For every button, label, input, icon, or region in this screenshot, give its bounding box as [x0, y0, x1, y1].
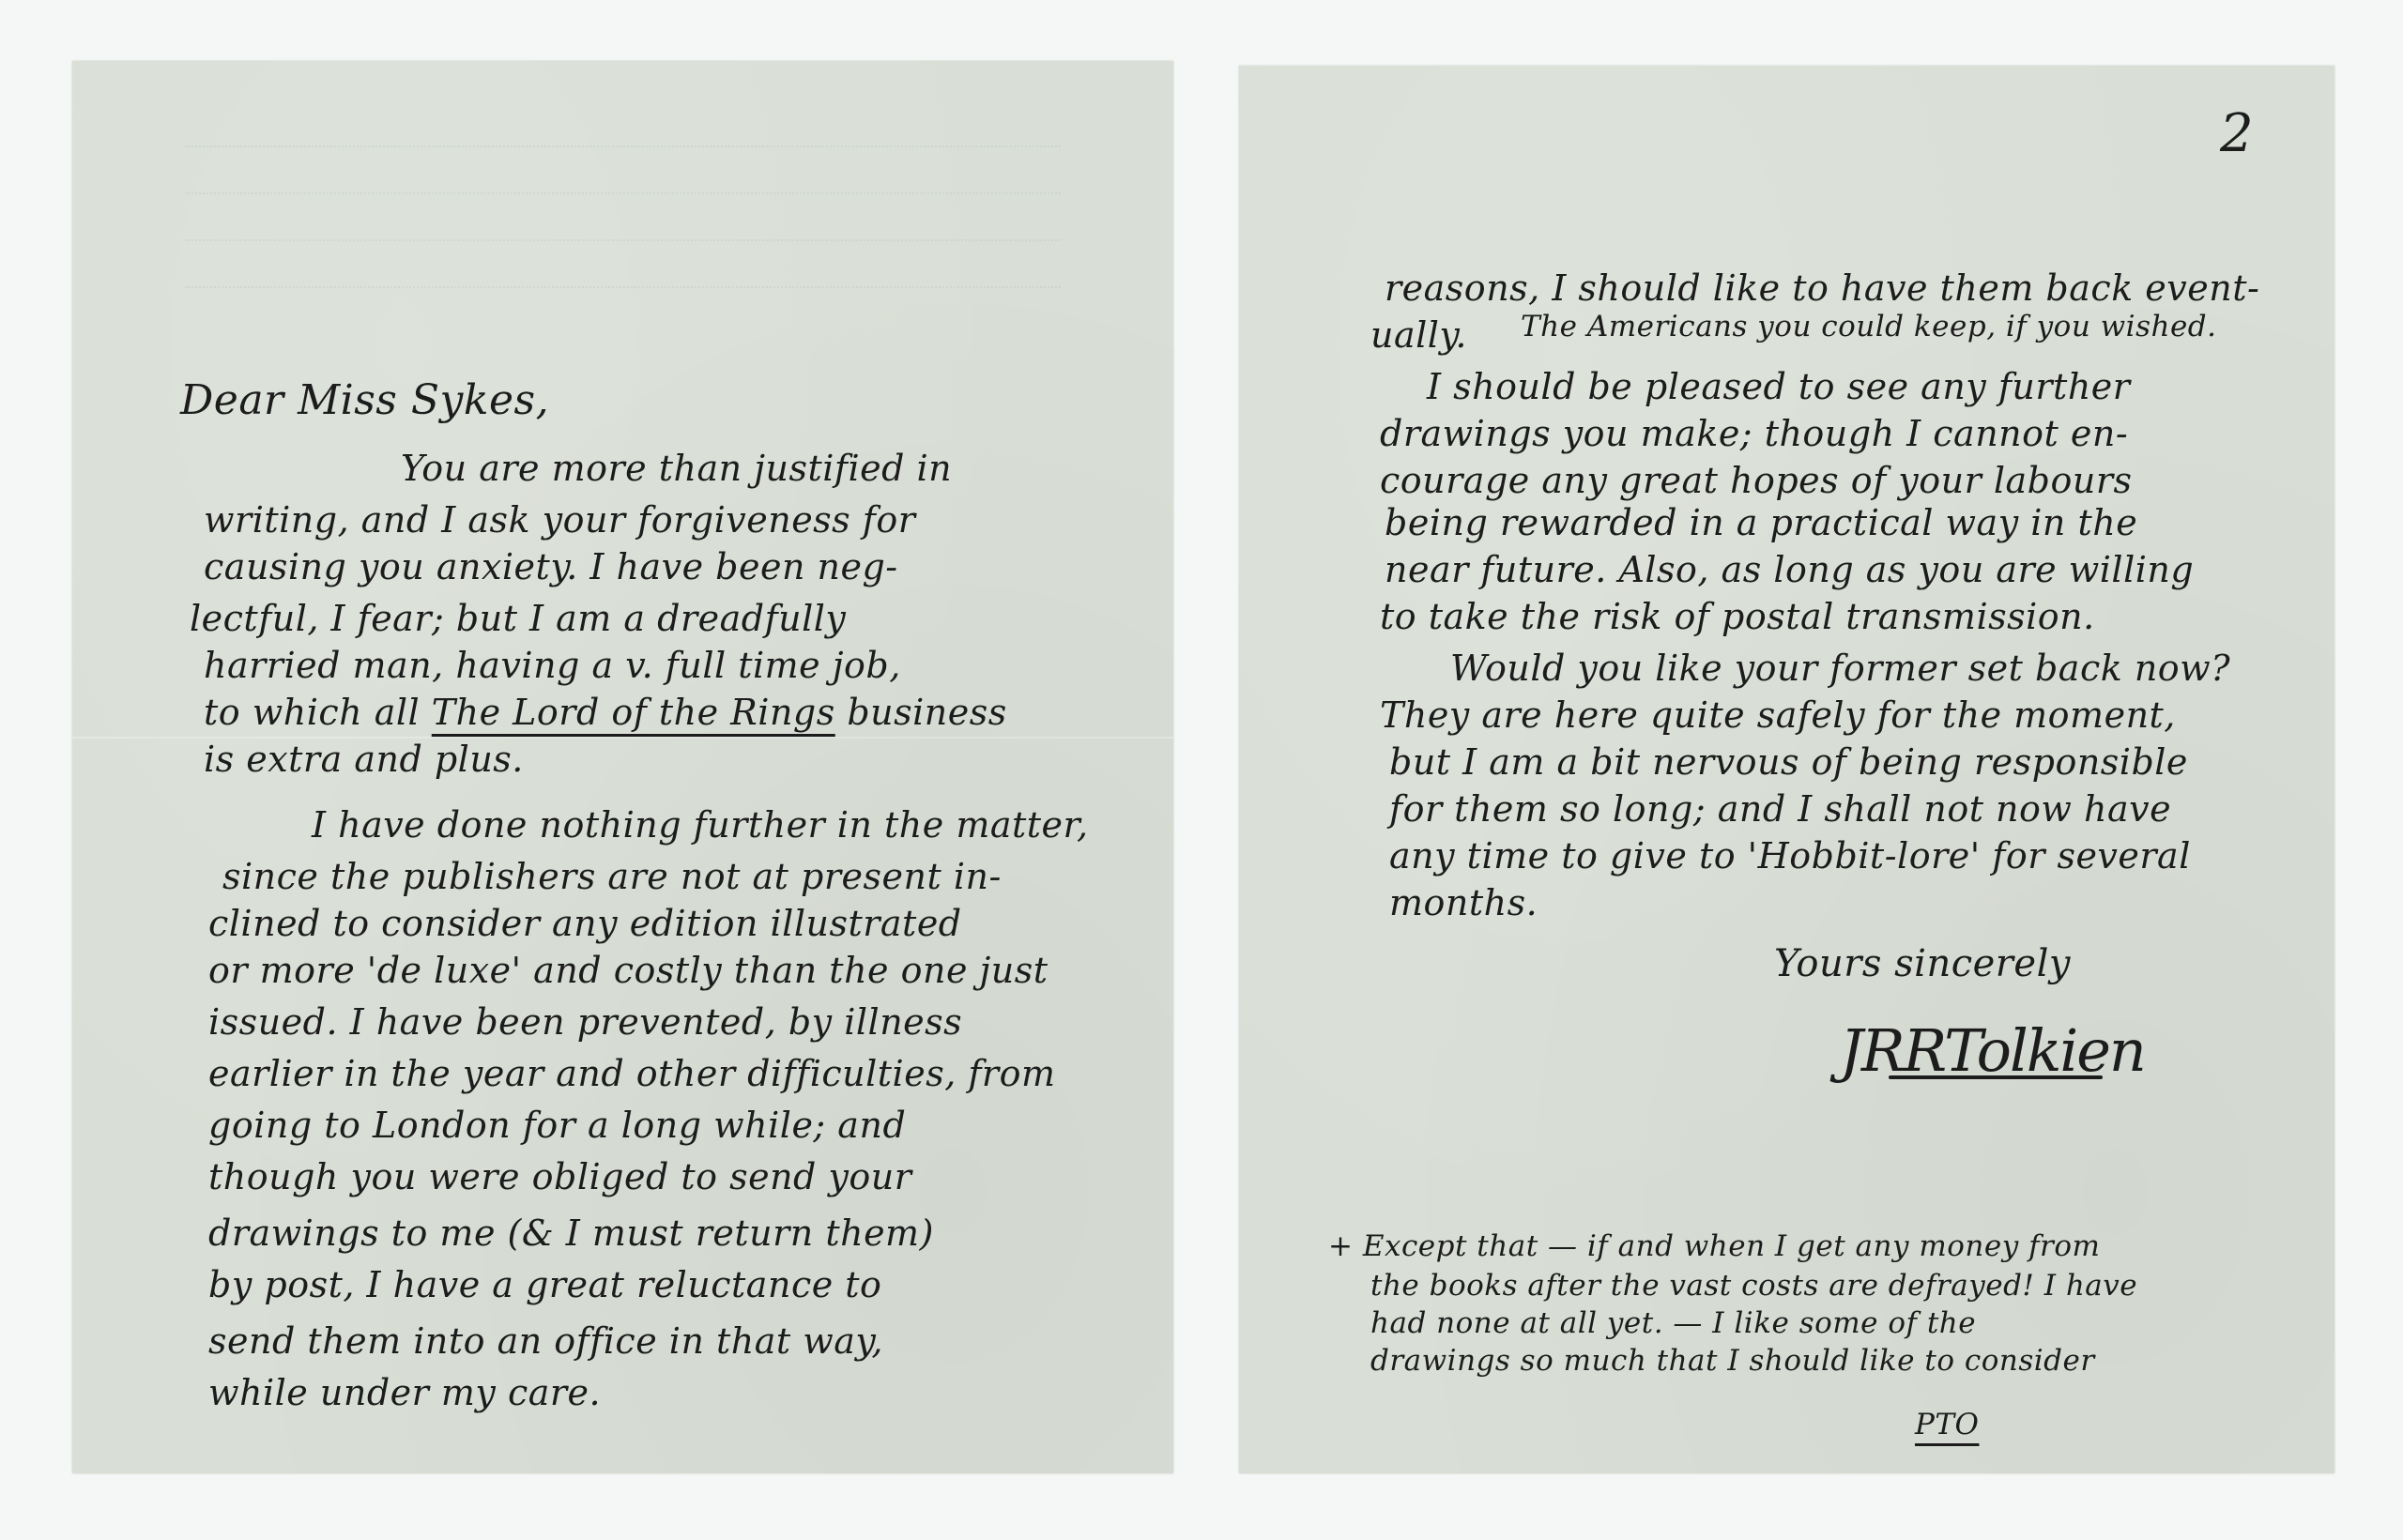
letter-line: drawings to me (& I must return them): [208, 1212, 934, 1254]
letter-page-1: Dear Miss Sykes, You are more than justi…: [72, 61, 1173, 1473]
letter-line: is extra and plus.: [204, 739, 524, 780]
letter-line: reasons, I should like to have them back…: [1385, 267, 2259, 309]
letter-line: lectful, I fear; but I am a dreadfully: [190, 598, 846, 639]
footnote-line: had none at all yet. — I like some of th…: [1370, 1306, 1976, 1340]
signature-underline: [1889, 1075, 2103, 1079]
letter-line: I have done nothing further in the matte…: [312, 804, 1089, 846]
show-through-text: [185, 192, 1061, 211]
letter-line: You are more than justified in: [401, 448, 952, 489]
letter-line: earlier in the year and other difficulti…: [208, 1053, 1056, 1094]
letter-line: send them into an office in that way,: [208, 1320, 883, 1362]
letter-line: writing, and I ask your forgiveness for: [204, 499, 915, 541]
letter-line: harried man, having a v. full time job,: [204, 645, 901, 686]
letter-line: ually.: [1370, 314, 1467, 356]
letter-line: I should be pleased to see any further: [1427, 366, 2130, 407]
please-turn-over: PTO: [1915, 1408, 1979, 1441]
letter-line: near future. Also, as long as you are wi…: [1385, 549, 2194, 590]
letter-text: business: [847, 692, 1006, 733]
letter-line: though you were obliged to send your: [208, 1156, 911, 1197]
footnote-line: drawings so much that I should like to c…: [1370, 1344, 2095, 1378]
letter-line: being rewarded in a practical way in the: [1385, 502, 2137, 543]
letter-line: clined to consider any edition illustrat…: [208, 903, 962, 944]
signature: JRRTolkien: [1840, 1018, 2145, 1084]
letter-line: drawings you make; though I cannot en-: [1380, 413, 2128, 454]
letter-page-2: 2 reasons, I should like to have them ba…: [1239, 66, 2334, 1473]
letter-line: while under my care.: [208, 1372, 601, 1413]
show-through-text: [185, 145, 1061, 164]
closing: Yours sincerely: [1774, 943, 2071, 984]
letter-line: causing you anxiety. I have been neg-: [204, 546, 898, 587]
letter-line: going to London for a long while; and: [208, 1105, 906, 1146]
letter-line-inserted: The Americans you could keep, if you wis…: [1521, 310, 2217, 343]
letter-line: months.: [1389, 882, 1538, 923]
letter-line: since the publishers are not at present …: [222, 856, 1002, 897]
letter-line: for them so long; and I shall not now ha…: [1389, 788, 2171, 830]
letter-line: Would you like your former set back now?: [1450, 648, 2230, 689]
letter-line: or more 'de luxe' and costly than the on…: [208, 950, 1048, 991]
letter-line: by post, I have a great reluctance to: [208, 1264, 881, 1305]
letter-text: to which all: [204, 692, 420, 733]
letter-line: but I am a bit nervous of being responsi…: [1389, 741, 2188, 783]
page-number: 2: [2220, 103, 2254, 164]
letter-line: issued. I have been prevented, by illnes…: [208, 1001, 962, 1043]
salutation: Dear Miss Sykes,: [180, 380, 549, 421]
show-through-text: [185, 239, 1061, 258]
letter-line: to take the risk of postal transmission.: [1380, 596, 2095, 637]
letter-line: any time to give to 'Hobbit-lore' for se…: [1389, 835, 2191, 877]
letter-line: courage any great hopes of your labours: [1380, 460, 2133, 501]
letter-line: They are here quite safely for the momen…: [1380, 694, 2176, 736]
footnote-line: + Except that — if and when I get any mo…: [1328, 1229, 2100, 1263]
letter-line: to which all The Lord of the Rings busin…: [204, 692, 1007, 733]
footnote-line: the books after the vast costs are defra…: [1370, 1269, 2137, 1303]
show-through-text: [185, 286, 1061, 305]
book-title-underlined: The Lord of the Rings: [432, 692, 835, 733]
